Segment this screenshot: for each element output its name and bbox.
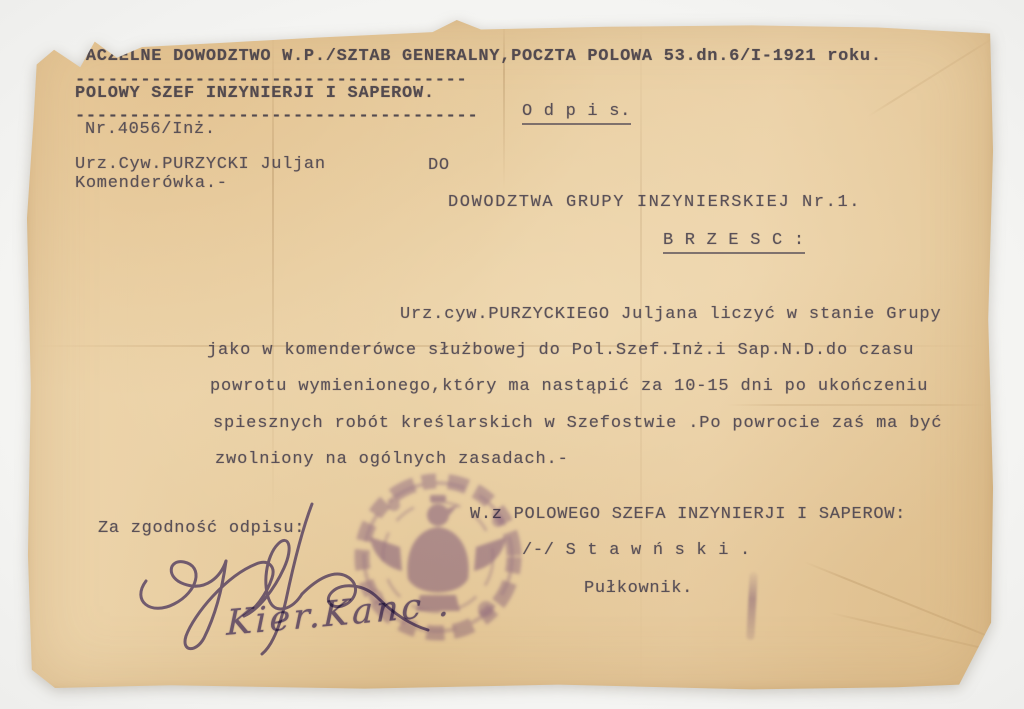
sender-note: Komenderówka.- [75, 174, 228, 194]
paper-crease [828, 612, 1023, 659]
signed-name: /-/ S t a w ń s k i . [522, 541, 751, 561]
copy-label: O d p i s. [522, 102, 631, 125]
recipient-unit: DOWODZTWA GRUPY INZYNIERSKIEJ Nr.1. [448, 193, 861, 213]
sender-name: Urz.Cyw.PURZYCKI Juljan [75, 155, 326, 175]
rank-line: Pułkownik. [584, 579, 693, 599]
body-line: spiesznych robót kreślarskich w Szefostw… [213, 414, 942, 434]
recipient-city: B R Z E S C : [663, 231, 805, 254]
paper-crease [503, 20, 505, 190]
ink-smudge [746, 572, 758, 640]
paper-shadow-wrap: NACZELNE DOWODZTWO W.P./SZTAB GENERALNY,… [0, 0, 1024, 709]
header-office-line: POLOWY SZEF INZYNIERJI I SAPEROW. [75, 84, 435, 104]
reference-number: Nr.4056/Inż. [85, 120, 216, 140]
body-line: jako w komenderówce służbowej do Pol.Sze… [207, 341, 914, 361]
to-label: DO [428, 156, 450, 176]
header-command-line: NACZELNE DOWODZTWO W.P./SZTAB GENERALNY,… [75, 47, 882, 67]
scan-background: NACZELNE DOWODZTWO W.P./SZTAB GENERALNY,… [0, 0, 1024, 709]
document-paper: NACZELNE DOWODZTWO W.P./SZTAB GENERALNY,… [26, 16, 994, 690]
body-line: Urz.cyw.PURZYCKIEGO Juljana liczyć w sta… [400, 305, 942, 325]
paper-crease [804, 561, 1009, 645]
paper-crease [726, 404, 986, 406]
paper-crease [867, 36, 995, 117]
round-eagle-stamp-icon [338, 457, 538, 657]
body-line: powrotu wymienionego,który ma nastąpić z… [210, 377, 928, 397]
